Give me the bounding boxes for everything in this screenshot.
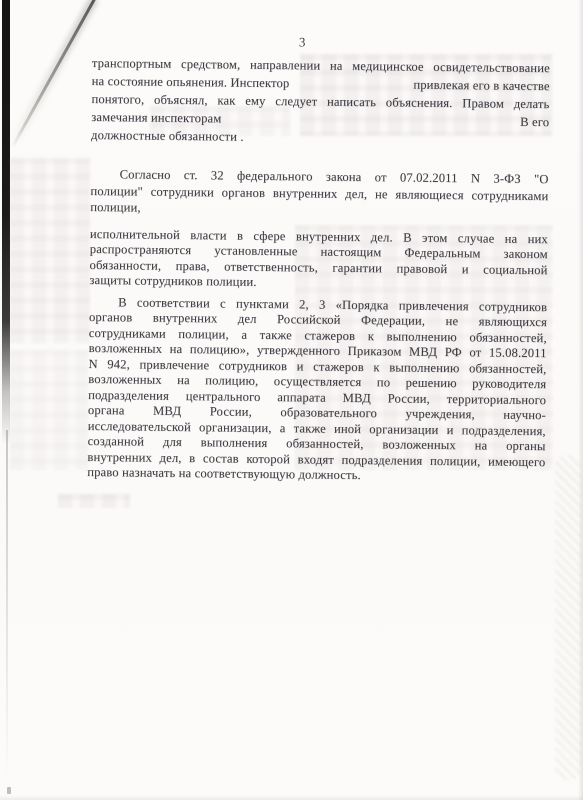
- scanner-mark-artifact: [7, 787, 11, 794]
- paragraph: Согласно ст. 32 федерального закона от 0…: [90, 166, 549, 221]
- paragraph: исполнительной власти в сфере внутренних…: [89, 226, 548, 293]
- scanner-edge-strip-tail-artifact: [6, 430, 8, 780]
- page-number: 3: [92, 32, 512, 53]
- text-segment: на состояние опьянения. Инспектор: [92, 72, 290, 92]
- text-segment: привлекая его в качестве: [413, 76, 549, 96]
- paragraph: В соответствии с пунктами 2, 3 «Порядка …: [87, 294, 547, 485]
- ink-bleedthrough-artifact: [10, 350, 88, 470]
- scanned-document-page: 3 транспортным средством, направлении на…: [0, 0, 583, 800]
- scanner-edge-strip-artifact: [2, 0, 10, 445]
- document-body: транспортным средством, направлении на м…: [87, 54, 550, 486]
- page-corner-fold-line: [11, 0, 96, 148]
- text-segment: В его: [520, 113, 549, 131]
- text-segment: замечания инспекторам: [91, 108, 221, 127]
- text-line: должностные обязанности .: [91, 126, 549, 149]
- typed-text-area: 3 транспортным средством, направлении на…: [93, 0, 551, 5]
- page-bottom-edge-shadow: [0, 795, 583, 800]
- paragraph: транспортным средством, направлении на м…: [91, 54, 550, 149]
- ink-bleedthrough-artifact: [10, 158, 90, 343]
- ink-bleedthrough-artifact: [58, 494, 130, 508]
- paper-texture-artifact: [555, 455, 581, 780]
